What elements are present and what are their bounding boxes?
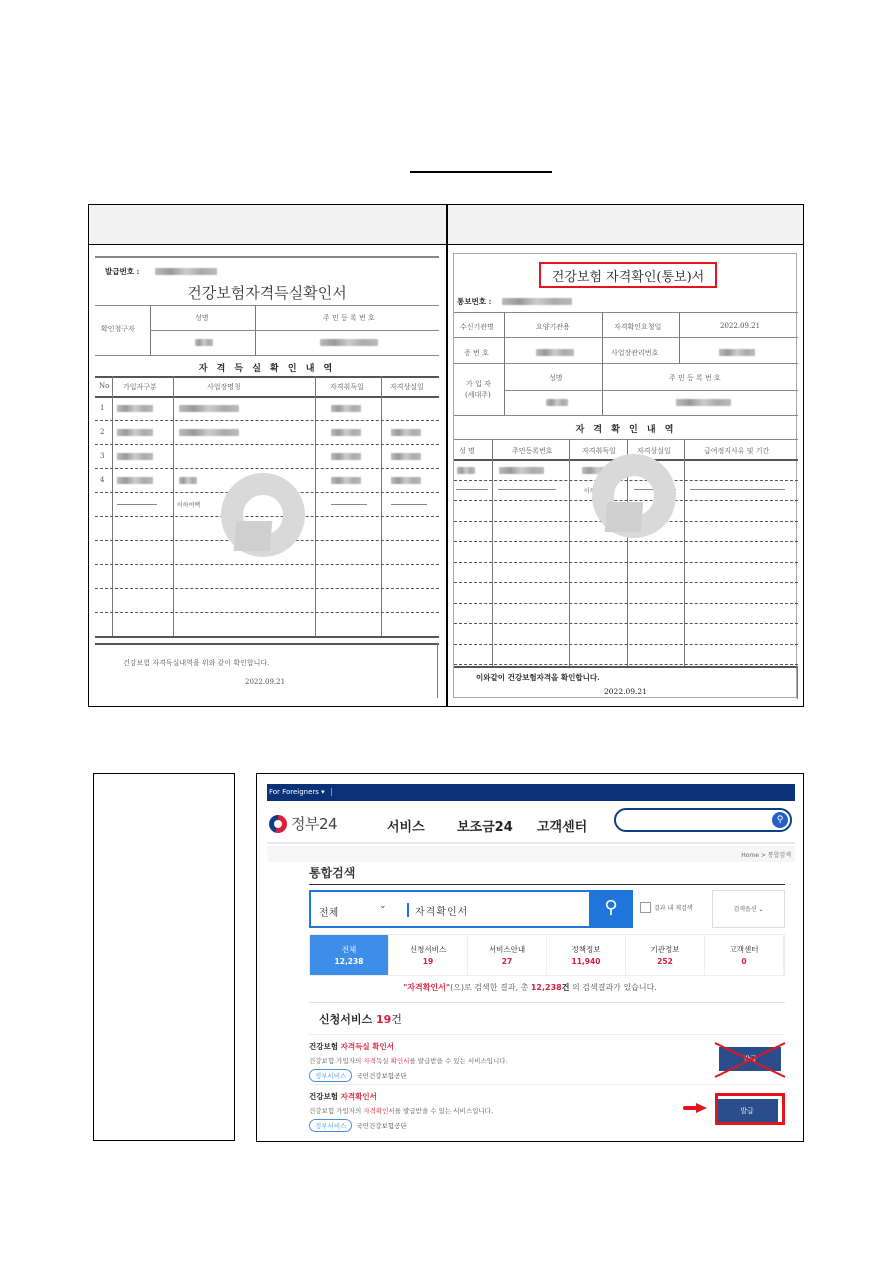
tab-5[interactable]: 고객센터0 xyxy=(705,935,784,975)
header-search-input[interactable]: ⚲ xyxy=(614,808,792,832)
redacted-cell xyxy=(391,429,421,436)
title-underline xyxy=(410,171,552,173)
nhis-watermark-icon xyxy=(213,453,313,563)
gov24-search-screenshot: For Foreigners ▾ 정부24 서비스 보조금24 고객센터 ⚲ H… xyxy=(256,773,804,1142)
gov-service-tag: 정부서비스 xyxy=(309,1119,352,1132)
redacted-cell xyxy=(117,405,153,412)
highlight-box xyxy=(715,1093,785,1125)
search-icon[interactable]: ⚲ xyxy=(772,812,788,828)
tab-4[interactable]: 기관정보252 xyxy=(626,935,705,975)
column-divider xyxy=(446,205,448,706)
integrated-search-box: 전체 ⌄ 자격확인서 ⚲ xyxy=(309,890,633,928)
doc1-confirm-text: 건강보험 자격득실내역을 위와 같이 확인합니다. xyxy=(123,658,269,668)
redacted-cell xyxy=(117,429,153,436)
col-no: No xyxy=(99,382,109,390)
doc1-date: 2022.09.21 xyxy=(245,678,285,686)
blank-row-text: 이하여백 xyxy=(584,486,607,495)
card-no-label: 증 번 호 xyxy=(464,348,489,358)
col-workplace: 사업장명칭 xyxy=(207,382,241,392)
redacted-cell xyxy=(179,429,239,436)
redacted-cell xyxy=(117,477,153,484)
doc1-section-title: 자 격 득 실 확 인 내 역 xyxy=(95,361,439,374)
issue-no-label: 발급번호 : xyxy=(105,266,139,277)
tab-1[interactable]: 신청서비스19 xyxy=(389,935,468,975)
result-category-tabs: 전체12,238신청서비스19서비스안내27정책정보11,940기관정보252고… xyxy=(309,934,785,976)
empty-description-box xyxy=(93,773,235,1141)
name-redacted xyxy=(195,339,213,346)
doc2-title: 건강보험 자격확인(통보)서 xyxy=(539,266,717,285)
redacted-cell xyxy=(331,405,361,412)
biz-no-redacted xyxy=(719,349,755,356)
main-nav: 정부24 서비스 보조금24 고객센터 ⚲ xyxy=(267,804,795,844)
redacted-cell xyxy=(179,405,239,412)
cross-out-icon xyxy=(713,1041,787,1079)
recv-org-value: 요양기관용 xyxy=(536,322,570,332)
recheck-label: 결과 내 재검색 xyxy=(654,903,693,912)
search-options-button[interactable]: 검색옵션 ⌄ xyxy=(712,890,785,928)
col2-acquire: 자격취득일 xyxy=(582,446,616,456)
row-acquire-redacted xyxy=(582,467,614,474)
tab-0[interactable]: 전체12,238 xyxy=(310,935,389,975)
col2-name: 성 명 xyxy=(459,446,475,456)
logo-text: 정부24 xyxy=(291,813,337,834)
gov-service-tag: 정부서비스 xyxy=(309,1069,352,1082)
gov24-logo[interactable]: 정부24 xyxy=(269,813,337,834)
doc2-date: 2022.09.21 xyxy=(604,687,647,696)
subscriber-name-label: 성명 xyxy=(549,373,563,383)
taegeuk-logo-icon xyxy=(269,815,287,833)
issue-no-redacted xyxy=(155,268,217,275)
col2-suspension: 급여정지사유 및 기간 xyxy=(704,446,769,456)
redacted-cell xyxy=(331,429,361,436)
tab-2[interactable]: 서비스안내27 xyxy=(468,935,547,975)
search-scope-select[interactable]: 전체 xyxy=(319,904,338,919)
rrn-label: 주 민 등 록 번 호 xyxy=(323,313,375,323)
requester-label: 확인청구자 xyxy=(101,324,135,334)
doc1-title: 건강보험자격득실확인서 xyxy=(95,282,439,303)
req-date-label: 자격확인요청일 xyxy=(614,322,661,332)
subscriber-rrn-redacted xyxy=(676,399,731,406)
application-services-section: 신청서비스 19건 건강보험 자격득실 확인서 건강보험 가입자의 자격득실 확… xyxy=(309,1002,785,1134)
rrn-redacted xyxy=(320,339,378,346)
top-utility-bar: For Foreigners ▾ xyxy=(267,784,795,801)
name-label: 성명 xyxy=(195,313,209,323)
search-within-results[interactable]: 결과 내 재검색 xyxy=(640,902,693,913)
redacted-cell xyxy=(331,477,361,484)
tab-3[interactable]: 정책정보11,940 xyxy=(547,935,626,975)
redacted-cell xyxy=(331,453,361,460)
nav-subsidy24[interactable]: 보조금24 xyxy=(457,816,513,835)
redacted-cell xyxy=(179,477,197,484)
row-rrn-redacted xyxy=(499,467,544,474)
search-query-input[interactable]: 자격확인서 xyxy=(415,903,468,918)
subscriber-rrn-label: 주 민 등 록 번 호 xyxy=(669,373,721,383)
col-acquire-date: 자격취득일 xyxy=(330,382,364,392)
row-number: 2 xyxy=(100,428,104,436)
row-number: 1 xyxy=(100,404,104,412)
col2-rrn: 주민등록번호 xyxy=(512,446,553,456)
redacted-cell xyxy=(117,453,153,460)
col-loss-date: 자격상실일 xyxy=(390,382,424,392)
recv-org-label: 수신기관명 xyxy=(460,322,494,332)
nav-services[interactable]: 서비스 xyxy=(387,816,425,835)
row-number: 3 xyxy=(100,452,104,460)
card-no-redacted xyxy=(536,349,574,356)
col-member-type: 가입자구분 xyxy=(123,382,157,392)
service-item-confirmation[interactable]: 건강보험 자격확인서 건강보험 가입자의 자격확인서를 발급받을 수 있는 서비… xyxy=(309,1084,785,1134)
result-summary: "자격확인서"(으)로 검색한 결과, 총 12,238건 의 검색결과가 있습… xyxy=(257,982,803,993)
blank-row-text: 이하여백 xyxy=(177,500,200,509)
subscriber-sub: (세대주) xyxy=(465,390,491,400)
notice-no-label: 통보번호 : xyxy=(457,296,491,307)
breadcrumb: Home > 통합검색 xyxy=(267,846,795,862)
org-name: 국민건강보험공단 xyxy=(356,1121,406,1130)
qualification-gain-loss-certificate: 발급번호 : 건강보험자격득실확인서 확인청구자 성명 주 민 등 록 번 호 … xyxy=(95,256,439,696)
search-icon: ⚲ xyxy=(604,897,617,918)
redacted-cell xyxy=(391,453,421,460)
biz-no-label: 사업장관리번호 xyxy=(611,348,658,358)
req-date-value: 2022.09.21 xyxy=(720,322,760,330)
nav-customer-center[interactable]: 고객센터 xyxy=(537,816,587,835)
search-button[interactable]: ⚲ xyxy=(589,890,633,928)
arrow-right-icon xyxy=(683,1103,707,1113)
col2-loss: 자격상실일 xyxy=(637,446,671,456)
service-item-gain-loss[interactable]: 건강보험 자격득실 확인서 건강보험 가입자의 자격득실 확인서를 발급받을 수… xyxy=(309,1034,785,1084)
section-title: 신청서비스 19건 xyxy=(309,1003,785,1034)
doc2-section-title: 자 격 확 인 내 역 xyxy=(454,422,798,435)
page-title: 통합검색 xyxy=(309,864,355,881)
for-foreigners-link[interactable]: For Foreigners ▾ xyxy=(269,788,325,796)
row-number: 4 xyxy=(100,476,104,484)
redacted-cell xyxy=(391,477,421,484)
subscriber-name-redacted xyxy=(546,399,568,406)
chevron-down-icon[interactable]: ⌄ xyxy=(379,901,387,911)
recheck-checkbox[interactable] xyxy=(640,902,651,913)
subscriber-label: 가 입 자 xyxy=(466,379,491,389)
row-name-redacted xyxy=(457,467,475,474)
qualification-confirmation-notice: 건강보험 자격확인(통보)서 통보번호 : 수신기관명 요양기관용 자격확인요청… xyxy=(453,253,797,698)
org-name: 국민건강보험공단 xyxy=(356,1071,406,1080)
doc2-confirm-text: 이와같이 건강보험자격을 확인합니다. xyxy=(476,672,600,683)
notice-no-redacted xyxy=(502,298,572,305)
